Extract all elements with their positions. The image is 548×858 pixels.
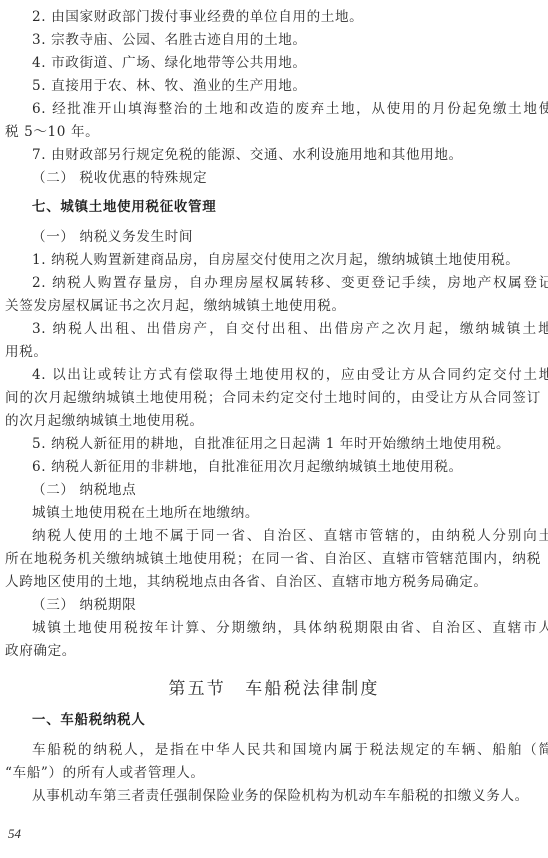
paragraph-3-line1: 3. 纳税人出租、出借房产，自交付出租、出借房产之次月起，缴纳城镇土地使 [5, 318, 548, 341]
list-item-7: 7. 由财政部另行规定免税的能源、交通、水利设施用地和其他用地。 [5, 144, 548, 167]
location-paragraph-2-line2: 所在地税务机关缴纳城镇土地使用税；在同一省、自治区、直辖市管辖范围内，纳税 [5, 548, 541, 571]
list-item-4: 4. 市政街道、广场、绿化地带等公共用地。 [5, 52, 548, 75]
period-paragraph-line2: 政府确定。 [5, 640, 541, 663]
location-paragraph-2-line1: 纳税人使用的土地不属于同一省、自治区、直辖市管辖的，由纳税人分别向土地 [5, 525, 548, 548]
location-paragraph-2-line3: 人跨地区使用的土地，其纳税地点由各省、自治区、直辖市地方税务局确定。 [5, 571, 541, 594]
paragraph-4-line2: 间的次月起缴纳城镇土地使用税；合同未约定交付土地时间的，由受让方从合同签订 [5, 387, 541, 410]
paragraph-3-line2: 用税。 [5, 341, 541, 364]
paragraph-1: 1. 纳税人购置新建商品房，自房屋交付使用之次月起，缴纳城镇土地使用税。 [5, 249, 548, 272]
location-paragraph-1: 城镇土地使用税在土地所在地缴纳。 [5, 502, 548, 525]
paragraph-4-line3: 的次月起缴纳城镇土地使用税。 [5, 410, 541, 433]
subheading-tax-location: （二） 纳税地点 [5, 479, 548, 502]
paragraph-6: 6. 纳税人新征用的非耕地，自批准征用次月起缴纳城镇土地使用税。 [5, 456, 548, 479]
list-item-6-line2: 税 5～10 年。 [5, 121, 541, 144]
subheading-special-provisions: （二） 税收优惠的特殊规定 [5, 167, 548, 190]
heading-collection-management: 七、城镇土地使用税征收管理 [5, 196, 548, 219]
section-title: 第五节 车船税法律制度 [0, 674, 548, 699]
taxpayer-paragraph-line2: “车船”）的所有人或者管理人。 [5, 762, 541, 785]
period-paragraph-line1: 城镇土地使用税按年计算、分期缴纳，具体纳税期限由省、自治区、直辖市人民 [5, 617, 548, 640]
list-item-5: 5. 直接用于农、林、牧、渔业的生产用地。 [5, 75, 548, 98]
taxpayer-paragraph-line1: 车船税的纳税人，是指在中华人民共和国境内属于税法规定的车辆、船舶（简称 [5, 739, 548, 762]
paragraph-2-line1: 2. 纳税人购置存量房，自办理房屋权属转移、变更登记手续，房地产权属登记机 [5, 272, 548, 295]
page-number: 54 [8, 826, 21, 842]
heading-vehicle-vessel-taxpayer: 一、车船税纳税人 [5, 709, 548, 732]
withholding-agent-paragraph: 从事机动车第三者责任强制保险业务的保险机构为机动车车船税的扣缴义务人。 [5, 785, 548, 808]
list-item-3: 3. 宗教寺庙、公园、名胜古迹自用的土地。 [5, 29, 548, 52]
paragraph-2-line2: 关签发房屋权属证书之次月起，缴纳城镇土地使用税。 [5, 295, 541, 318]
subheading-obligation-time: （一） 纳税义务发生时间 [5, 226, 548, 249]
list-item-2: 2. 由国家财政部门拨付事业经费的单位自用的土地。 [5, 6, 548, 29]
paragraph-4-line1: 4. 以出让或转让方式有偿取得土地使用权的，应由受让方从合同约定交付土地时 [5, 364, 548, 387]
subheading-tax-period: （三） 纳税期限 [5, 594, 548, 617]
paragraph-5: 5. 纳税人新征用的耕地，自批准征用之日起满 1 年时开始缴纳土地使用税。 [5, 433, 548, 456]
list-item-6-line1: 6. 经批准开山填海整治的土地和改造的废弃土地，从使用的月份起免缴土地使用 [5, 98, 548, 121]
